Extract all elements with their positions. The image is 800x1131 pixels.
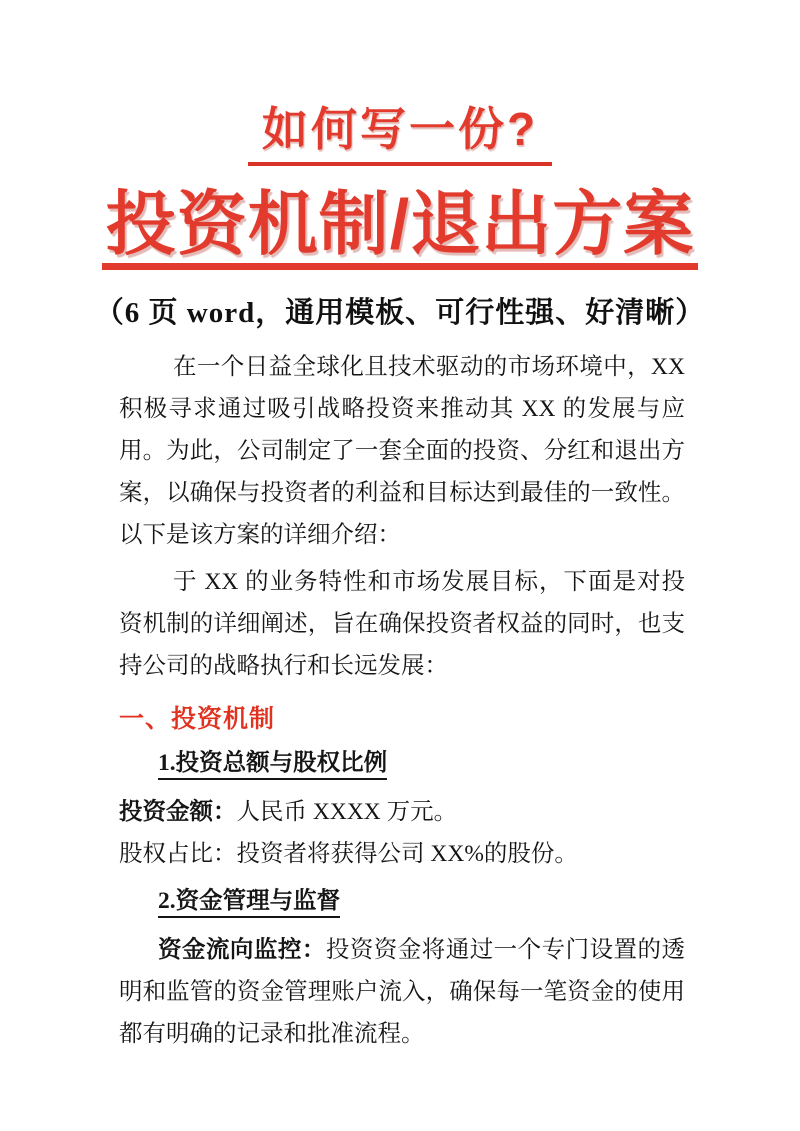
fund-flow-monitoring-label: 资金流向监控： <box>158 937 326 963</box>
item-equity-ratio: 股权占比：投资者将获得公司 XX%的股份。 <box>119 833 685 875</box>
equity-ratio-label: 股权占比： <box>119 841 237 867</box>
subheading-2-row: 2.资金管理与监督 <box>158 881 800 921</box>
intro-paragraph-1: 在一个日益全球化且技术驱动的市场环境中，XX 积极寻求通过吸引战略投资来推动其 … <box>119 346 685 556</box>
subheading-1-row: 1.投资总额与股权比例 <box>158 743 800 783</box>
item-investment-amount: 投资金额：人民币 XXXX 万元。 <box>119 791 685 833</box>
subheading-1-investment-total-equity: 1.投资总额与股权比例 <box>158 750 387 780</box>
subtitle: （6 页 word，通用模板、可行性强、好清晰） <box>0 296 800 330</box>
investment-amount-label: 投资金额： <box>119 799 237 825</box>
intro-paragraph-2: 于 XX 的业务特性和市场发展目标，下面是对投资机制的详细阐述，旨在确保投资者权… <box>119 561 685 687</box>
main-title: 投资机制/退出方案 <box>102 188 698 270</box>
small-title-row: 如何写一份? <box>0 0 800 166</box>
paragraph-fund-flow-monitoring: 资金流向监控：投资资金将通过一个专门设置的透明和监管的资金管理账户流入，确保每一… <box>119 929 685 1055</box>
document-page: 如何写一份? 投资机制/退出方案 （6 页 word，通用模板、可行性强、好清晰… <box>0 0 800 1131</box>
subheading-2-fund-management-supervision: 2.资金管理与监督 <box>158 888 340 918</box>
investment-amount-text: 人民币 XXXX 万元。 <box>237 799 458 825</box>
small-title: 如何写一份? <box>248 104 552 166</box>
section-heading-investment-mechanism: 一、投资机制 <box>119 703 800 735</box>
equity-ratio-text: 投资者将获得公司 XX%的股份。 <box>237 841 578 867</box>
main-title-row: 投资机制/退出方案 <box>0 166 800 270</box>
body-copy: 在一个日益全球化且技术驱动的市场环境中，XX 积极寻求通过吸引战略投资来推动其 … <box>0 346 800 1055</box>
